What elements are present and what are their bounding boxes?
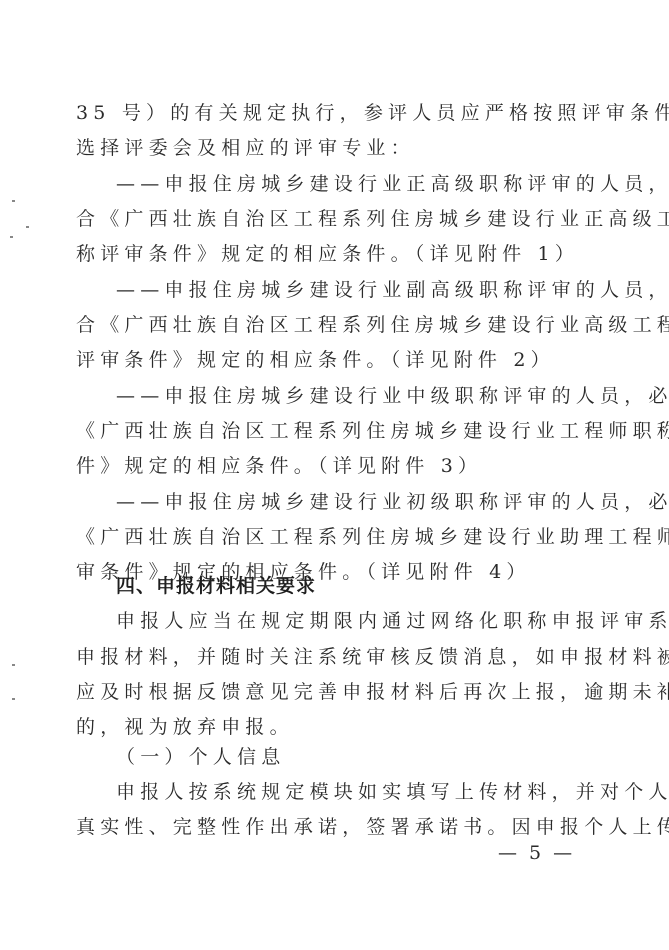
text-line: ——申报住房城乡建设行业正高级职称评审的人员，必须符 [116, 172, 596, 196]
section-heading: 四、申报材料相关要求 [116, 574, 596, 598]
text-line: 选择评委会及相应的评审专业： [76, 136, 596, 160]
text-line: 申报材料，并随时关注系统审核反馈消息，如申报材料被退回， [76, 645, 596, 669]
subsection-heading: （一）个人信息 [116, 745, 596, 769]
text-line: 称评审条件》规定的相应条件。（详见附件 1） [76, 242, 596, 266]
text-line: 合《广西壮族自治区工程系列住房城乡建设行业高级工程师职称 [76, 313, 596, 337]
text-line: 申报人应当在规定期限内通过网络化职称申报评审系统提交 [116, 609, 596, 633]
text-line: 35 号）的有关规定执行，参评人员应严格按照评审条件适用范围 [76, 101, 596, 125]
binding-mark [12, 200, 15, 202]
text-line: 合《广西壮族自治区工程系列住房城乡建设行业正高级工程师职 [76, 207, 596, 231]
text-line: 申报人按系统规定模块如实填写上传材料，并对个人材料的 [116, 780, 596, 804]
text-line: ——申报住房城乡建设行业副高级职称评审的人员，必须符 [116, 278, 596, 302]
text-line: 评审条件》规定的相应条件。（详见附件 2） [76, 348, 596, 372]
text-line: ——申报住房城乡建设行业中级职称评审的人员，必须符合 [116, 384, 596, 408]
text-line: ——申报住房城乡建设行业初级职称评审的人员，必须符合 [116, 490, 596, 514]
page-number: — 5 — [498, 842, 575, 864]
document-page: 35 号）的有关规定执行，参评人员应严格按照评审条件适用范围 选择评委会及相应的… [0, 0, 669, 950]
binding-mark [26, 226, 29, 228]
text-line: 《广西壮族自治区工程系列住房城乡建设行业助理工程师职称评 [76, 525, 596, 549]
binding-mark [12, 664, 15, 666]
text-line: 应及时根据反馈意见完善申报材料后再次上报，逾期未补充上报 [76, 680, 596, 704]
text-line: 《广西壮族自治区工程系列住房城乡建设行业工程师职称评审条 [76, 419, 596, 443]
text-line: 的，视为放弃申报。 [76, 715, 596, 739]
text-line: 件》规定的相应条件。（详见附件 3） [76, 454, 596, 478]
text-line: 真实性、完整性作出承诺，签署承诺书。因申报个人上传材料出 [76, 815, 596, 839]
binding-mark [12, 698, 15, 700]
binding-mark [10, 236, 13, 238]
